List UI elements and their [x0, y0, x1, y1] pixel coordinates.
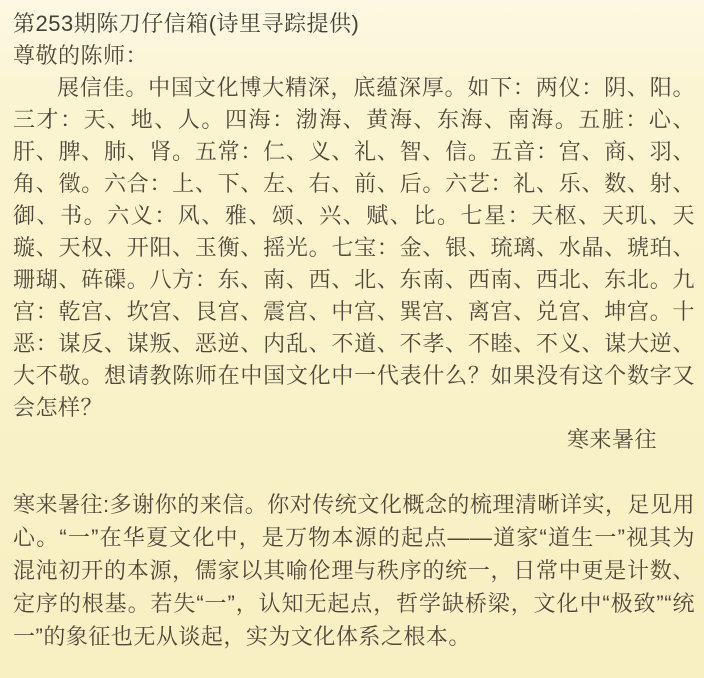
salutation: 尊敬的陈师：	[13, 40, 695, 72]
letter-page: 第253期陈刀仔信箱(诗里寻踪提供) 尊敬的陈师： 展信佳。中国文化博大精深，底…	[0, 0, 704, 678]
reply-paragraph: 寒来暑往:多谢你的来信。你对传统文化概念的梳理清晰详实，足见用心。“一”在华夏文…	[13, 488, 695, 653]
page-title: 第253期陈刀仔信箱(诗里寻踪提供)	[13, 8, 695, 40]
letter-signature: 寒来暑往	[13, 424, 695, 456]
letter-body-paragraph: 展信佳。中国文化博大精深，底蕴深厚。如下：两仪：阴、阳。三才：天、地、人。四海：…	[13, 72, 695, 424]
